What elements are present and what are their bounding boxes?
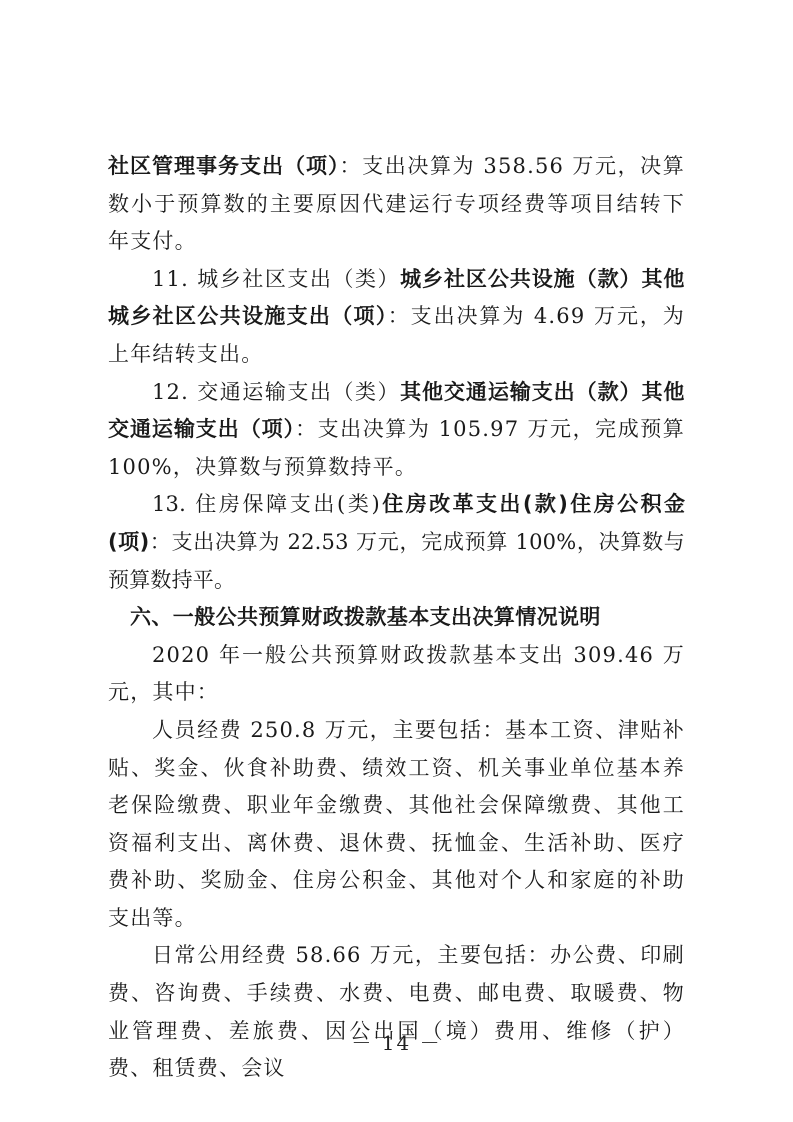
paragraph-community-management: 社区管理事务支出（项）：支出决算为 358.56 万元，决算数小于预算数的主要原… [108,148,685,261]
section-heading: 六、一般公共预算财政拨款基本支出决算情况说明 [108,599,685,637]
paragraph-item-13: 13. 住房保障支出(类)住房改革支出(款)住房公积金(项)：支出决算为 22.… [108,486,685,599]
item-category: 13. 住房保障支出(类) [152,492,380,516]
page-number: － 14 － [0,1027,793,1056]
paragraph-personnel-expenses: 人员经费 250.8 万元，主要包括：基本工资、津贴补贴、奖金、伙食补助费、绩效… [108,712,685,938]
item-category: 12. 交通运输支出（类） [152,380,400,404]
paragraph-summary: 2020 年一般公共预算财政拨款基本支出 309.46 万元，其中： [108,637,685,712]
item-text: ：支出决算为 22.53 万元，完成预算 100%，决算数与预算数持平。 [108,530,685,592]
paragraph-item-12: 12. 交通运输支出（类）其他交通运输支出（款）其他交通运输支出（项）：支出决算… [108,374,685,487]
document-page: 社区管理事务支出（项）：支出决算为 358.56 万元，决算数小于预算数的主要原… [108,148,685,1088]
item-category: 11. 城乡社区支出（类） [152,267,400,291]
bold-item-title: 社区管理事务支出（项） [108,154,340,178]
paragraph-item-11: 11. 城乡社区支出（类）城乡社区公共设施（款）其他城乡社区公共设施支出（项）：… [108,261,685,374]
paragraph-public-use-expenses: 日常公用经费 58.66 万元，主要包括：办公费、印刷费、咨询费、手续费、水费、… [108,937,685,1087]
